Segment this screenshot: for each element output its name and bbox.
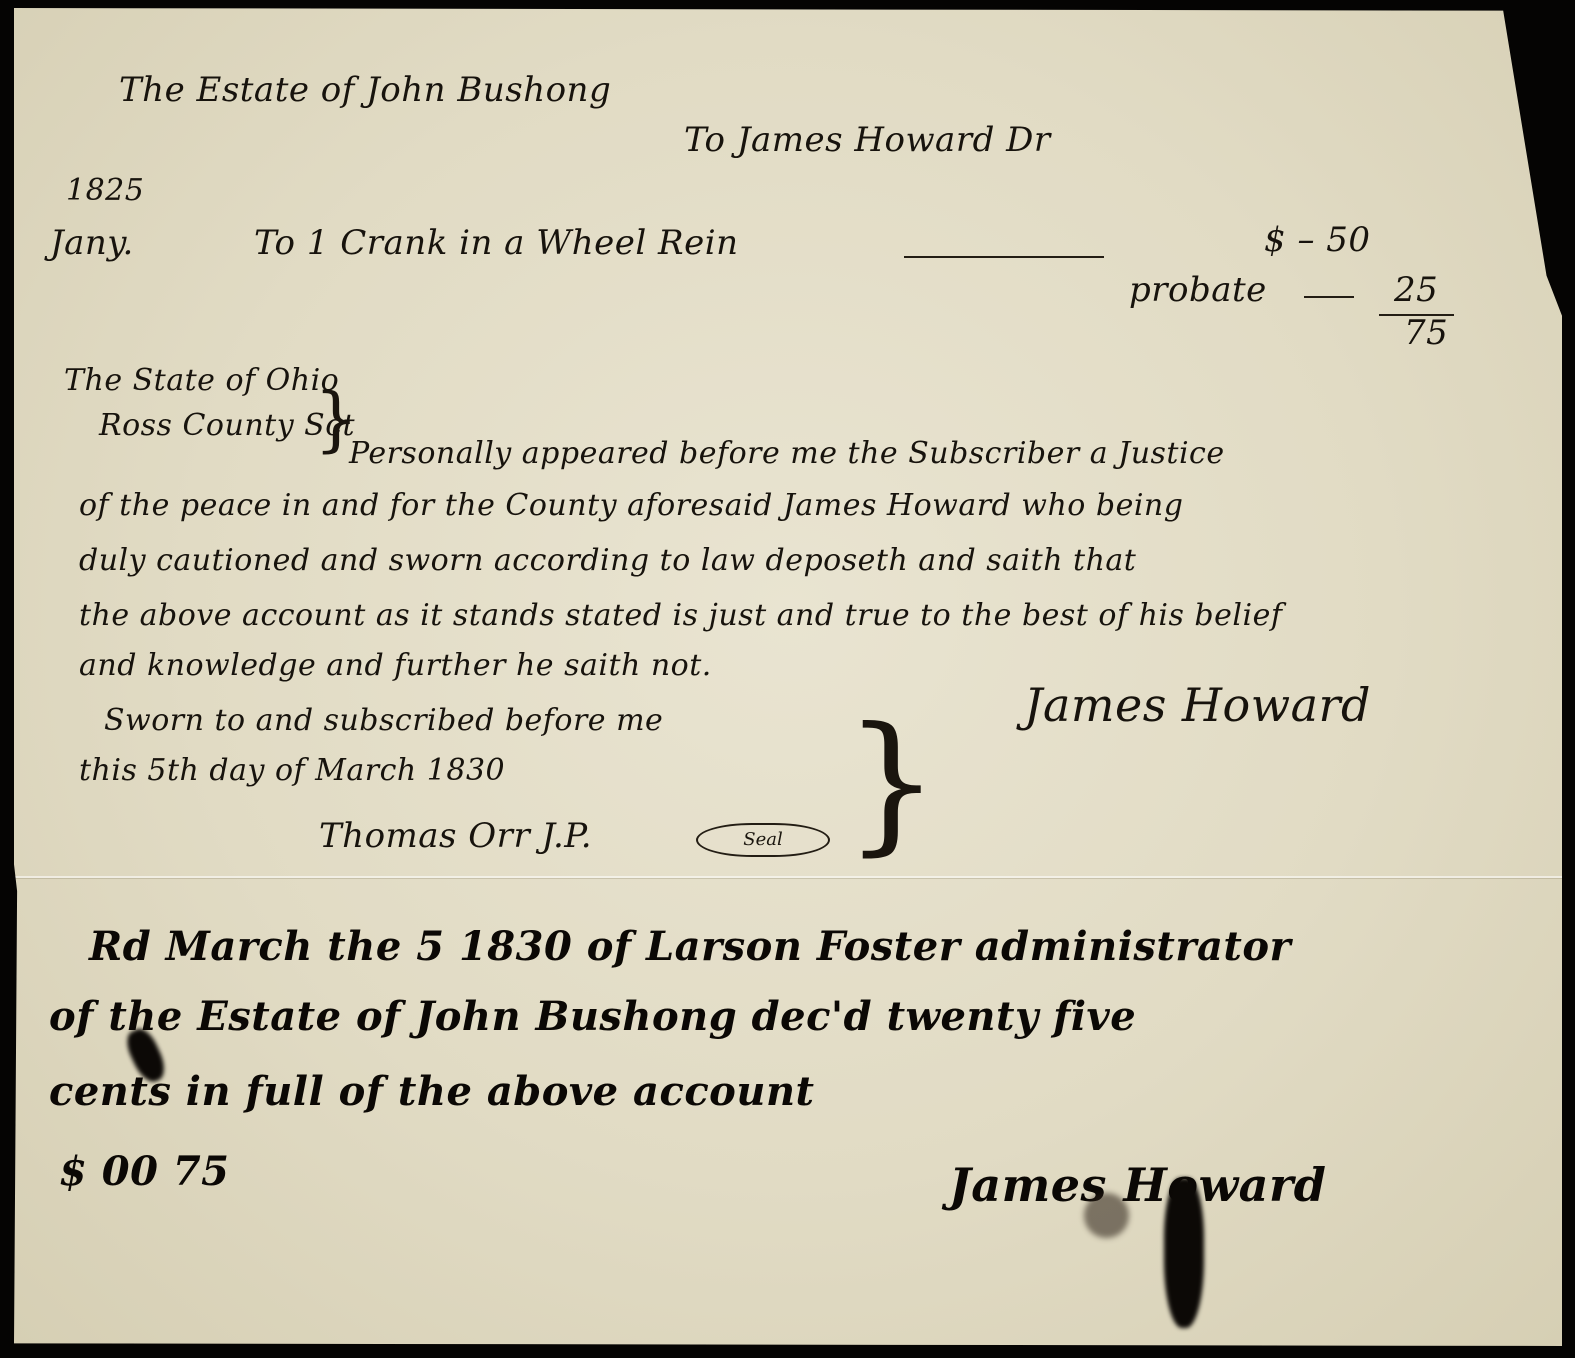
account-item: To 1 Crank in a Wheel Rein bbox=[254, 223, 739, 263]
ink-blot bbox=[1164, 1178, 1204, 1328]
receipt-line-3: cents in full of the above account bbox=[49, 1068, 815, 1115]
jurat-brace: } bbox=[844, 708, 939, 858]
justice-signature: Thomas Orr J.P. bbox=[319, 816, 592, 856]
receipt-line-1: Rd March the 5 1830 of Larson Foster adm… bbox=[89, 923, 1291, 970]
ink-smudge bbox=[1084, 1193, 1129, 1238]
affidavit-line-2: of the peace in and for the County afore… bbox=[79, 488, 1183, 523]
affidavit-line-4: the above account as it stands stated is… bbox=[79, 598, 1282, 633]
account-month: Jany. bbox=[50, 223, 134, 263]
seal-mark: Seal bbox=[696, 823, 830, 857]
receipt-signature: James Howard bbox=[949, 1158, 1326, 1212]
estate-title: The Estate of John Bushong bbox=[119, 70, 611, 110]
affidavit-line-3: duly cautioned and sworn according to la… bbox=[79, 543, 1136, 578]
venue-state: The State of Ohio bbox=[64, 363, 339, 398]
leader-line bbox=[904, 256, 1104, 258]
account-amount: $ – 50 bbox=[1264, 220, 1371, 260]
deponent-signature: James Howard bbox=[1024, 678, 1371, 732]
creditor-line: To James Howard Dr bbox=[684, 120, 1051, 160]
probate-amount: 25 bbox=[1394, 270, 1438, 310]
affidavit-line-1: Personally appeared before me the Subscr… bbox=[349, 436, 1225, 471]
jurat-line-2: this 5th day of March 1830 bbox=[79, 753, 505, 788]
account-total: 75 bbox=[1404, 313, 1448, 353]
paper-fold-line bbox=[14, 876, 1562, 878]
probate-dash bbox=[1304, 296, 1354, 298]
jurat-line-1: Sworn to and subscribed before me bbox=[104, 703, 663, 738]
document-page: The Estate of John Bushong To James Howa… bbox=[14, 8, 1562, 1346]
receipt-amount: $ 00 75 bbox=[59, 1148, 230, 1195]
receipt-line-2: of the Estate of John Bushong dec'd twen… bbox=[49, 993, 1136, 1040]
affidavit-line-5: and knowledge and further he saith not. bbox=[79, 648, 712, 683]
account-year: 1825 bbox=[66, 173, 144, 208]
probate-label: probate bbox=[1129, 270, 1267, 310]
